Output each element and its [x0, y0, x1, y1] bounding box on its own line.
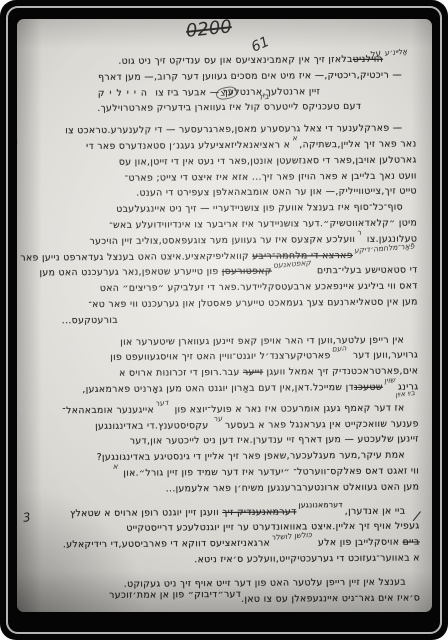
typed-text: פענער שוואכקייט אין געראנגל פאר א בעסער: [225, 418, 419, 431]
typed-text: סוף־כל־סוף איז בענצל אוועק פון צושניידער…: [116, 202, 403, 215]
scanned-page-photo: אַלײנ׳עהוילניטבלאזן זיך אין קאמבינאציעס …: [0, 0, 448, 640]
text-line: גרינגשויןשטעכנדן שמייכל.דאן,אין דעם באַר…: [26, 379, 418, 398]
handwritten-insert: העם: [332, 341, 348, 358]
text-line: מען אין סטאליארנעם צעך געמאכט טייערע פאס…: [26, 294, 418, 313]
handwritten-insert: דער: [155, 395, 170, 412]
handwritten-insert: אַלײנ׳ע: [384, 44, 408, 62]
struck-text: זייער: [243, 367, 263, 378]
typed-text: א באווער־געזוכט די גערעכטיקייט,וועלכע ס׳…: [194, 552, 420, 565]
typed-text: דעם טעכניקס לייטערס קול איז געווארן בידע…: [97, 101, 361, 114]
typed-text: מען אין סטאליארנעם צעך געמאכט טייערע פאס…: [88, 296, 417, 310]
handwritten-insert: ער: [213, 410, 224, 427]
typed-text: אייגענער אומבאהאל־: [62, 404, 154, 416]
handwritten-insert: א: [112, 458, 119, 474]
struck-text: שטעכנ: [354, 382, 383, 393]
paragraph: ביי אן אנדערן,דערמאנונגעןדערמאנענדיק זיך…: [27, 503, 419, 569]
typed-text: — ריכטיק,ריכטיק,— איז מיט אים מסכים געוו…: [98, 69, 402, 82]
handwritten-insert: קאפטאנעס: [273, 255, 312, 274]
handwritten-insert: שוין: [384, 372, 397, 389]
struck-text: קאפטורעסן: [222, 266, 272, 277]
typed-text: א ראציאנאליזאציעלע געגנ׳ן סטאנדערס פאר ד…: [86, 139, 290, 152]
typed-text: עבר.רופן די זכרונות ארויס א: [119, 367, 243, 379]
typed-text: פארטיקערצנד׳ל יוגנט־וויין האט זיך אויסגע…: [110, 350, 331, 363]
typed-text: וועגן זיין יוגנט רופן ארויס א שטאלץ: [70, 507, 222, 519]
text-line: — ריכטיק,ריכטיק,— איז מיט אים מסכים געוו…: [24, 67, 416, 86]
text-line: ס׳איז אים גאר־ניט איינגעפאלן עס צו טאן.ד…: [28, 590, 420, 609]
typed-text: גארטלען אויבן,פאר די סאנזשעטן אונטן,פאר …: [119, 154, 417, 167]
struck-text: ביים: [403, 537, 420, 548]
handwritten-annotation: ··: [17, 139, 21, 144]
paragraph: בענצל אין זיין רייפן עלטער האט פון דער ז…: [28, 574, 420, 609]
paragraph: — פארקלענער די צאל גרעסערע מאסן,פארגרעסע…: [24, 121, 418, 329]
typed-text: ס׳איז אים גאר־ניט איינגעפאלן עס צו טאן.: [241, 592, 420, 604]
handwritten-annotation: 0200: [185, 19, 233, 42]
typed-text: אין רייפן עלטער,ווען די האר אויפן קאפ זי…: [120, 334, 404, 347]
typed-text: פון טייערע שטאפן,נאר גערעכנט האט מען: [39, 266, 221, 278]
document-page: אַלײנ׳עהוילניטבלאזן זיך אין קאמבינאציעס …: [17, 19, 432, 612]
typed-text: אז דער קאמף געגן אומרעכט איז נאר א פועל־…: [171, 402, 404, 415]
typed-text: קוואליפיקאציע.איצט האט בענצל געדארפט ניי…: [20, 250, 252, 263]
handwritten-insert: א: [291, 130, 298, 146]
typed-text: בורעטקעס...: [62, 315, 118, 326]
typed-text: וועט נאך בלייבן א פאר הויזן פאר זיך... א…: [125, 170, 417, 183]
handwritten-annotation: ביז: [259, 92, 269, 102]
struck-text: דערמאנענדיק זיך: [222, 506, 296, 518]
text-line: דעם טעכניקס לייטערס קול איז געווארן בידע…: [24, 99, 416, 118]
handwritten-insert: כּולשן לושלר: [271, 527, 313, 546]
typed-text: טייט זיך,צייטווייליק,— און ער האט אומבאה…: [136, 186, 417, 199]
typed-text: אויסקלייבן פון אלע: [315, 537, 403, 549]
typed-text: אמת עיקר,מער מעגלעכער,שאפן פאר זיך אליין…: [97, 450, 405, 463]
typed-text: מיטן ״קלאדאווטשיק״.דער צושניידער איז ארי…: [109, 217, 417, 230]
typed-text: בלאזן זיך אין קאמבינאציעס און עס ענדיקט …: [118, 54, 353, 67]
text-line: א באווער־געזוכט די גערעכטיקייט,וועלכע ס׳…: [28, 550, 420, 569]
spaced-emphasis-text: הייליק: [98, 87, 152, 98]
typed-text: — פארקלענער די צאל גרעסערע מאסן,פארגרעסע…: [65, 123, 402, 137]
typed-text: גרויער,ווען דער: [349, 350, 418, 362]
paragraph: אז דער קאמף געגן אומרעכט איז נאר א פועל־…: [27, 400, 420, 498]
typed-text: דאס ווי ביליגע איינפאכע ארבעטסקליידער.פא…: [100, 281, 418, 294]
handwritten-annotation: ···: [335, 71, 343, 80]
typed-text: די סטאטישע בעלי־בתים: [314, 265, 418, 277]
paragraph: אין רייפן עלטער,ווען די האר אויפן קאפ זי…: [26, 332, 418, 398]
typed-text: ביי אן אנדערן,: [345, 505, 406, 516]
typed-insert: דערמאנונגען: [298, 497, 342, 513]
typed-text: דן שמייכל.דאן,אין דעם באַרון יוגנט האט מ…: [82, 382, 354, 395]
typed-text: נאר פאר זיך אליין,בשתיקה,: [299, 138, 416, 150]
typed-text: וועלכע אקצעס איז ער געווען מער צוגעפאסט,…: [89, 234, 355, 247]
typed-text: זיינען שלעכטע — מען דארף זיי ענדערן.איז …: [130, 434, 419, 447]
text-line: בורעטקעס...: [26, 310, 418, 329]
paragraph: אַלײנ׳עהוילניטבלאזן זיך אין קאמבינאציעס …: [24, 51, 416, 117]
typed-text: ווי זאגט דאס פאלקס־ווערטל־ ״יעדער איז דע…: [120, 465, 419, 478]
raised-text: דער״דיבוק״ פון אן אמת׳זוכער: [109, 586, 241, 603]
typewritten-text-block: אַלײנ׳עהוילניטבלאזן זיך אין קאמבינאציעס …: [24, 51, 420, 608]
text-line: מען האט געוואלט ארונטערברענגען משיח׳ן פא…: [27, 479, 419, 498]
typed-text: מען האט געוואלט ארונטערברענגען משיח׳ן פא…: [166, 481, 420, 494]
typed-text: ארגאניזאציעס דווקא די פארביסטע,די רידיקא…: [63, 538, 270, 551]
typed-text: עקסיסטענץ.די באדינגונגען: [95, 420, 212, 432]
handwritten-insert: ר: [356, 224, 362, 240]
